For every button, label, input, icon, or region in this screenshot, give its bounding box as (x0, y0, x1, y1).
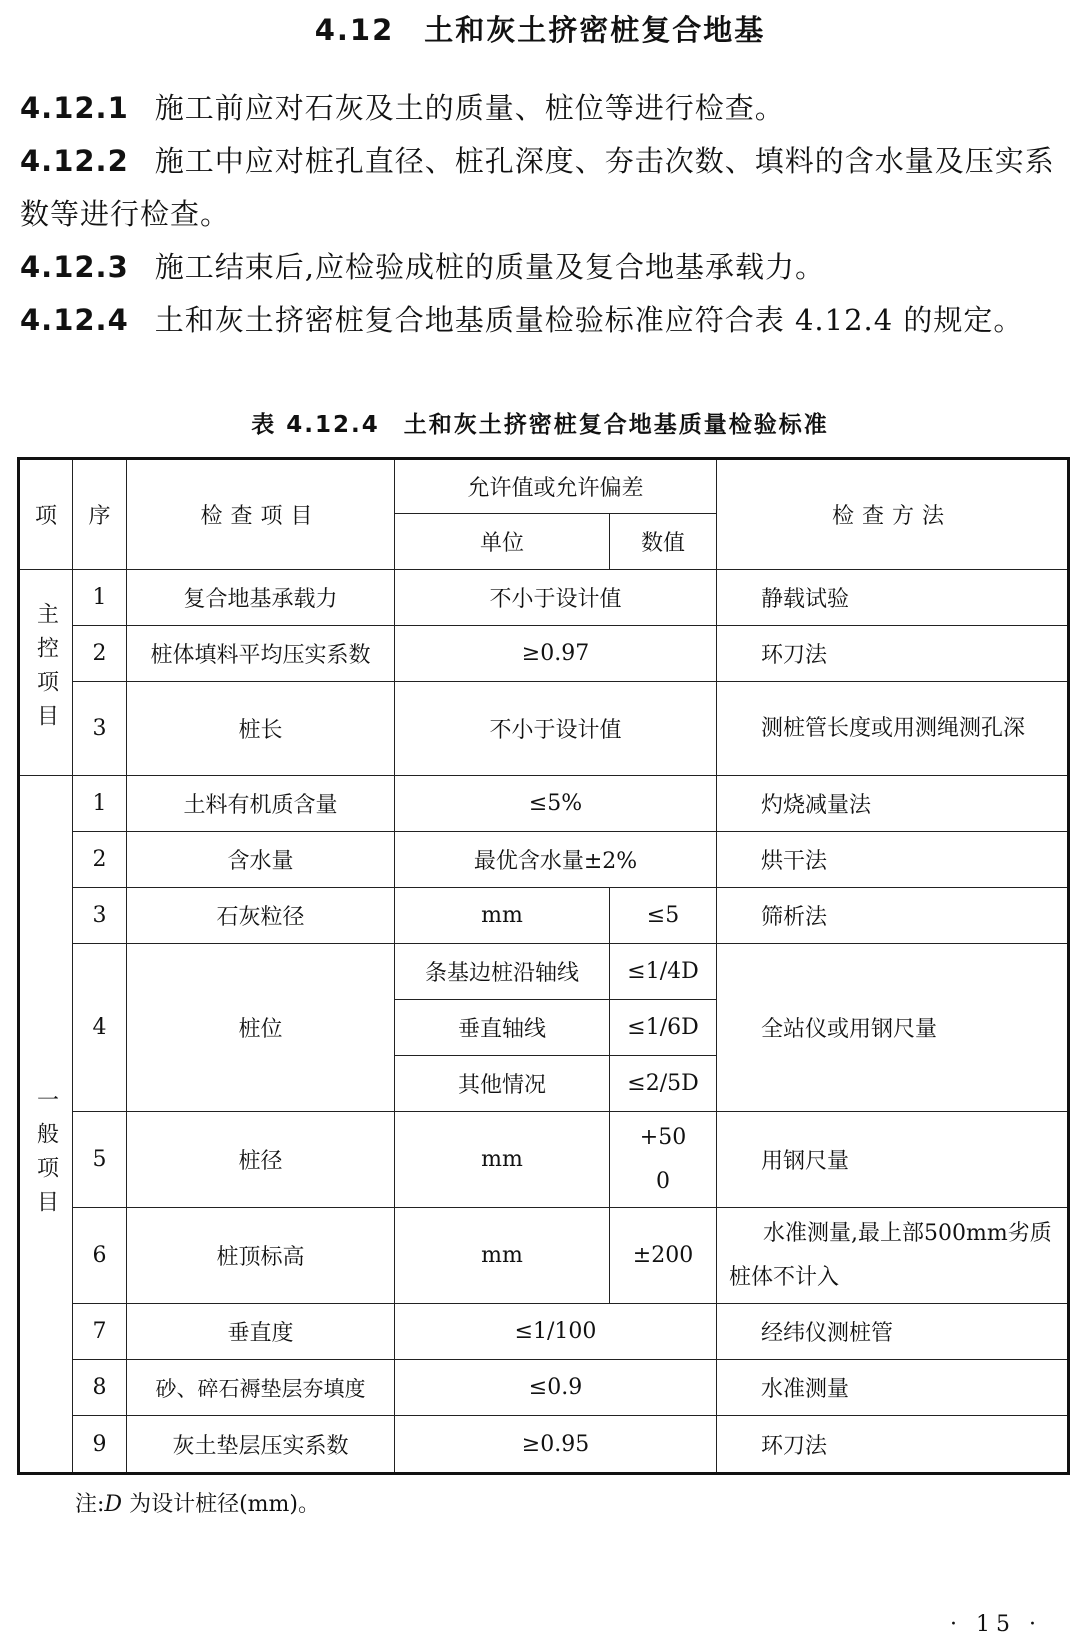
table-row: 5 桩径 mm +50 0 用钢尺量 (19, 1112, 1069, 1208)
header-item: 检查项目 (127, 459, 395, 570)
row-item: 桩体填料平均压实系数 (127, 626, 395, 682)
value-upper: +50 (610, 1116, 716, 1160)
row-unit: 垂直轴线 (395, 1000, 610, 1056)
row-allowance: ≤1/100 (395, 1304, 717, 1360)
row-allowance: ≥0.97 (395, 626, 717, 682)
table-row: 7 垂直度 ≤1/100 经纬仪测桩管 (19, 1304, 1069, 1360)
table-row: 2 含水量 最优含水量±2% 烘干法 (19, 832, 1069, 888)
table-note: 注:D 为设计桩径(mm)。 (75, 1487, 320, 1518)
row-seq: 2 (73, 626, 127, 682)
table-row: 3 石灰粒径 mm ≤5 筛析法 (19, 888, 1069, 944)
row-item: 复合地基承载力 (127, 570, 395, 626)
row-method: 烘干法 (717, 832, 1069, 888)
row-allowance: ≥0.95 (395, 1416, 717, 1474)
row-value: +50 0 (610, 1112, 717, 1208)
row-seq: 9 (73, 1416, 127, 1474)
table-row: 一般项目 1 土料有机质含量 ≤5% 灼烧减量法 (19, 776, 1069, 832)
row-seq: 5 (73, 1112, 127, 1208)
row-allowance: ≤5% (395, 776, 717, 832)
table-row: 8 砂、碎石褥垫层夯填度 ≤0.9 水准测量 (19, 1360, 1069, 1416)
row-item: 石灰粒径 (127, 888, 395, 944)
row-item: 砂、碎石褥垫层夯填度 (127, 1360, 395, 1416)
section-title: 4.12土和灰土挤密桩复合地基 (0, 8, 1080, 49)
row-seq: 8 (73, 1360, 127, 1416)
row-value: ≤1/4D (610, 944, 717, 1000)
header-value: 数值 (610, 514, 717, 570)
row-seq: 6 (73, 1208, 127, 1304)
header-category: 项 (19, 459, 73, 570)
clause-number: 4.12.1 (20, 91, 129, 125)
value-lower: 0 (610, 1160, 716, 1204)
row-item: 桩位 (127, 944, 395, 1112)
page-number: · 15 · (950, 1612, 1042, 1637)
row-method: 灼烧减量法 (717, 776, 1069, 832)
row-seq: 4 (73, 944, 127, 1112)
row-method: 环刀法 (717, 626, 1069, 682)
table-caption: 表 4.12.4土和灰土挤密桩复合地基质量检验标准 (0, 406, 1080, 439)
table-title: 土和灰土挤密桩复合地基质量检验标准 (404, 412, 829, 438)
row-value: ±200 (610, 1208, 717, 1304)
row-method: 环刀法 (717, 1416, 1069, 1474)
table-row: 9 灰土垫层压实系数 ≥0.95 环刀法 (19, 1416, 1069, 1474)
header-allowance: 允许值或允许偏差 (395, 459, 717, 514)
row-allowance: 不小于设计值 (395, 682, 717, 776)
row-unit: 条基边桩沿轴线 (395, 944, 610, 1000)
note-variable: D (104, 1492, 122, 1517)
row-method: 水准测量 (717, 1360, 1069, 1416)
clause-text: 施工前应对石灰及土的质量、桩位等进行检查。 (155, 91, 785, 125)
table-row: 4 桩位 条基边桩沿轴线 ≤1/4D 全站仪或用钢尺量 (19, 944, 1069, 1000)
row-seq: 7 (73, 1304, 127, 1360)
clause-text: 施工结束后,应检验成桩的质量及复合地基承载力。 (155, 250, 825, 284)
row-allowance: 最优含水量±2% (395, 832, 717, 888)
clause-number: 4.12.2 (20, 144, 129, 178)
row-seq: 3 (73, 888, 127, 944)
clause-4-12-3: 4.12.3施工结束后,应检验成桩的质量及复合地基承载力。 (20, 241, 1065, 294)
group-main-control: 主控项目 (19, 570, 73, 776)
header-seq: 序 (73, 459, 127, 570)
note-prefix: 注: (75, 1492, 104, 1517)
note-text: 为设计桩径(mm)。 (129, 1492, 320, 1517)
row-unit: mm (395, 1208, 610, 1304)
header-unit: 单位 (395, 514, 610, 570)
row-allowance: 不小于设计值 (395, 570, 717, 626)
group-general: 一般项目 (19, 776, 73, 1474)
table-row: 6 桩顶标高 mm ±200 水准测量,最上部500mm劣质桩体不计入 (19, 1208, 1069, 1304)
clause-number: 4.12.3 (20, 250, 129, 284)
row-value: ≤1/6D (610, 1000, 717, 1056)
section-number: 4.12 (315, 13, 395, 47)
row-method: 筛析法 (717, 888, 1069, 944)
clause-text: 施工中应对桩孔直径、桩孔深度、夯击次数、填料的含水量及压实系数等进行检查。 (20, 144, 1055, 231)
row-seq: 3 (73, 682, 127, 776)
row-item: 土料有机质含量 (127, 776, 395, 832)
clause-4-12-1: 4.12.1施工前应对石灰及土的质量、桩位等进行检查。 (20, 82, 1065, 135)
clause-4-12-4: 4.12.4土和灰土挤密桩复合地基质量检验标准应符合表 4.12.4 的规定。 (20, 294, 1065, 347)
table-number: 表 4.12.4 (251, 412, 380, 438)
row-method: 水准测量,最上部500mm劣质桩体不计入 (717, 1208, 1069, 1304)
row-method: 经纬仪测桩管 (717, 1304, 1069, 1360)
row-seq: 1 (73, 776, 127, 832)
row-seq: 1 (73, 570, 127, 626)
row-item: 桩长 (127, 682, 395, 776)
table-row: 2 桩体填料平均压实系数 ≥0.97 环刀法 (19, 626, 1069, 682)
table-row: 3 桩长 不小于设计值 测桩管长度或用测绳测孔深 (19, 682, 1069, 776)
row-method: 静载试验 (717, 570, 1069, 626)
clause-4-12-2: 4.12.2施工中应对桩孔直径、桩孔深度、夯击次数、填料的含水量及压实系数等进行… (20, 135, 1065, 241)
row-value: ≤5 (610, 888, 717, 944)
clause-text: 土和灰土挤密桩复合地基质量检验标准应符合表 4.12.4 的规定。 (155, 303, 1024, 337)
row-method: 全站仪或用钢尺量 (717, 944, 1069, 1112)
row-unit: mm (395, 1112, 610, 1208)
row-unit: mm (395, 888, 610, 944)
quality-standard-table: 项 序 检查项目 允许值或允许偏差 检查方法 单位 数值 主控项目 1 复合地基… (17, 457, 1070, 1475)
row-value: ≤2/5D (610, 1056, 717, 1112)
header-method: 检查方法 (717, 459, 1069, 570)
row-unit: 其他情况 (395, 1056, 610, 1112)
row-item: 灰土垫层压实系数 (127, 1416, 395, 1474)
row-item: 桩顶标高 (127, 1208, 395, 1304)
clause-number: 4.12.4 (20, 303, 129, 337)
row-seq: 2 (73, 832, 127, 888)
row-item: 桩径 (127, 1112, 395, 1208)
table-row: 主控项目 1 复合地基承载力 不小于设计值 静载试验 (19, 570, 1069, 626)
row-method: 测桩管长度或用测绳测孔深 (717, 682, 1069, 776)
row-item: 含水量 (127, 832, 395, 888)
section-title-text: 土和灰土挤密桩复合地基 (424, 13, 765, 47)
row-item: 垂直度 (127, 1304, 395, 1360)
row-allowance: ≤0.9 (395, 1360, 717, 1416)
row-method: 用钢尺量 (717, 1112, 1069, 1208)
